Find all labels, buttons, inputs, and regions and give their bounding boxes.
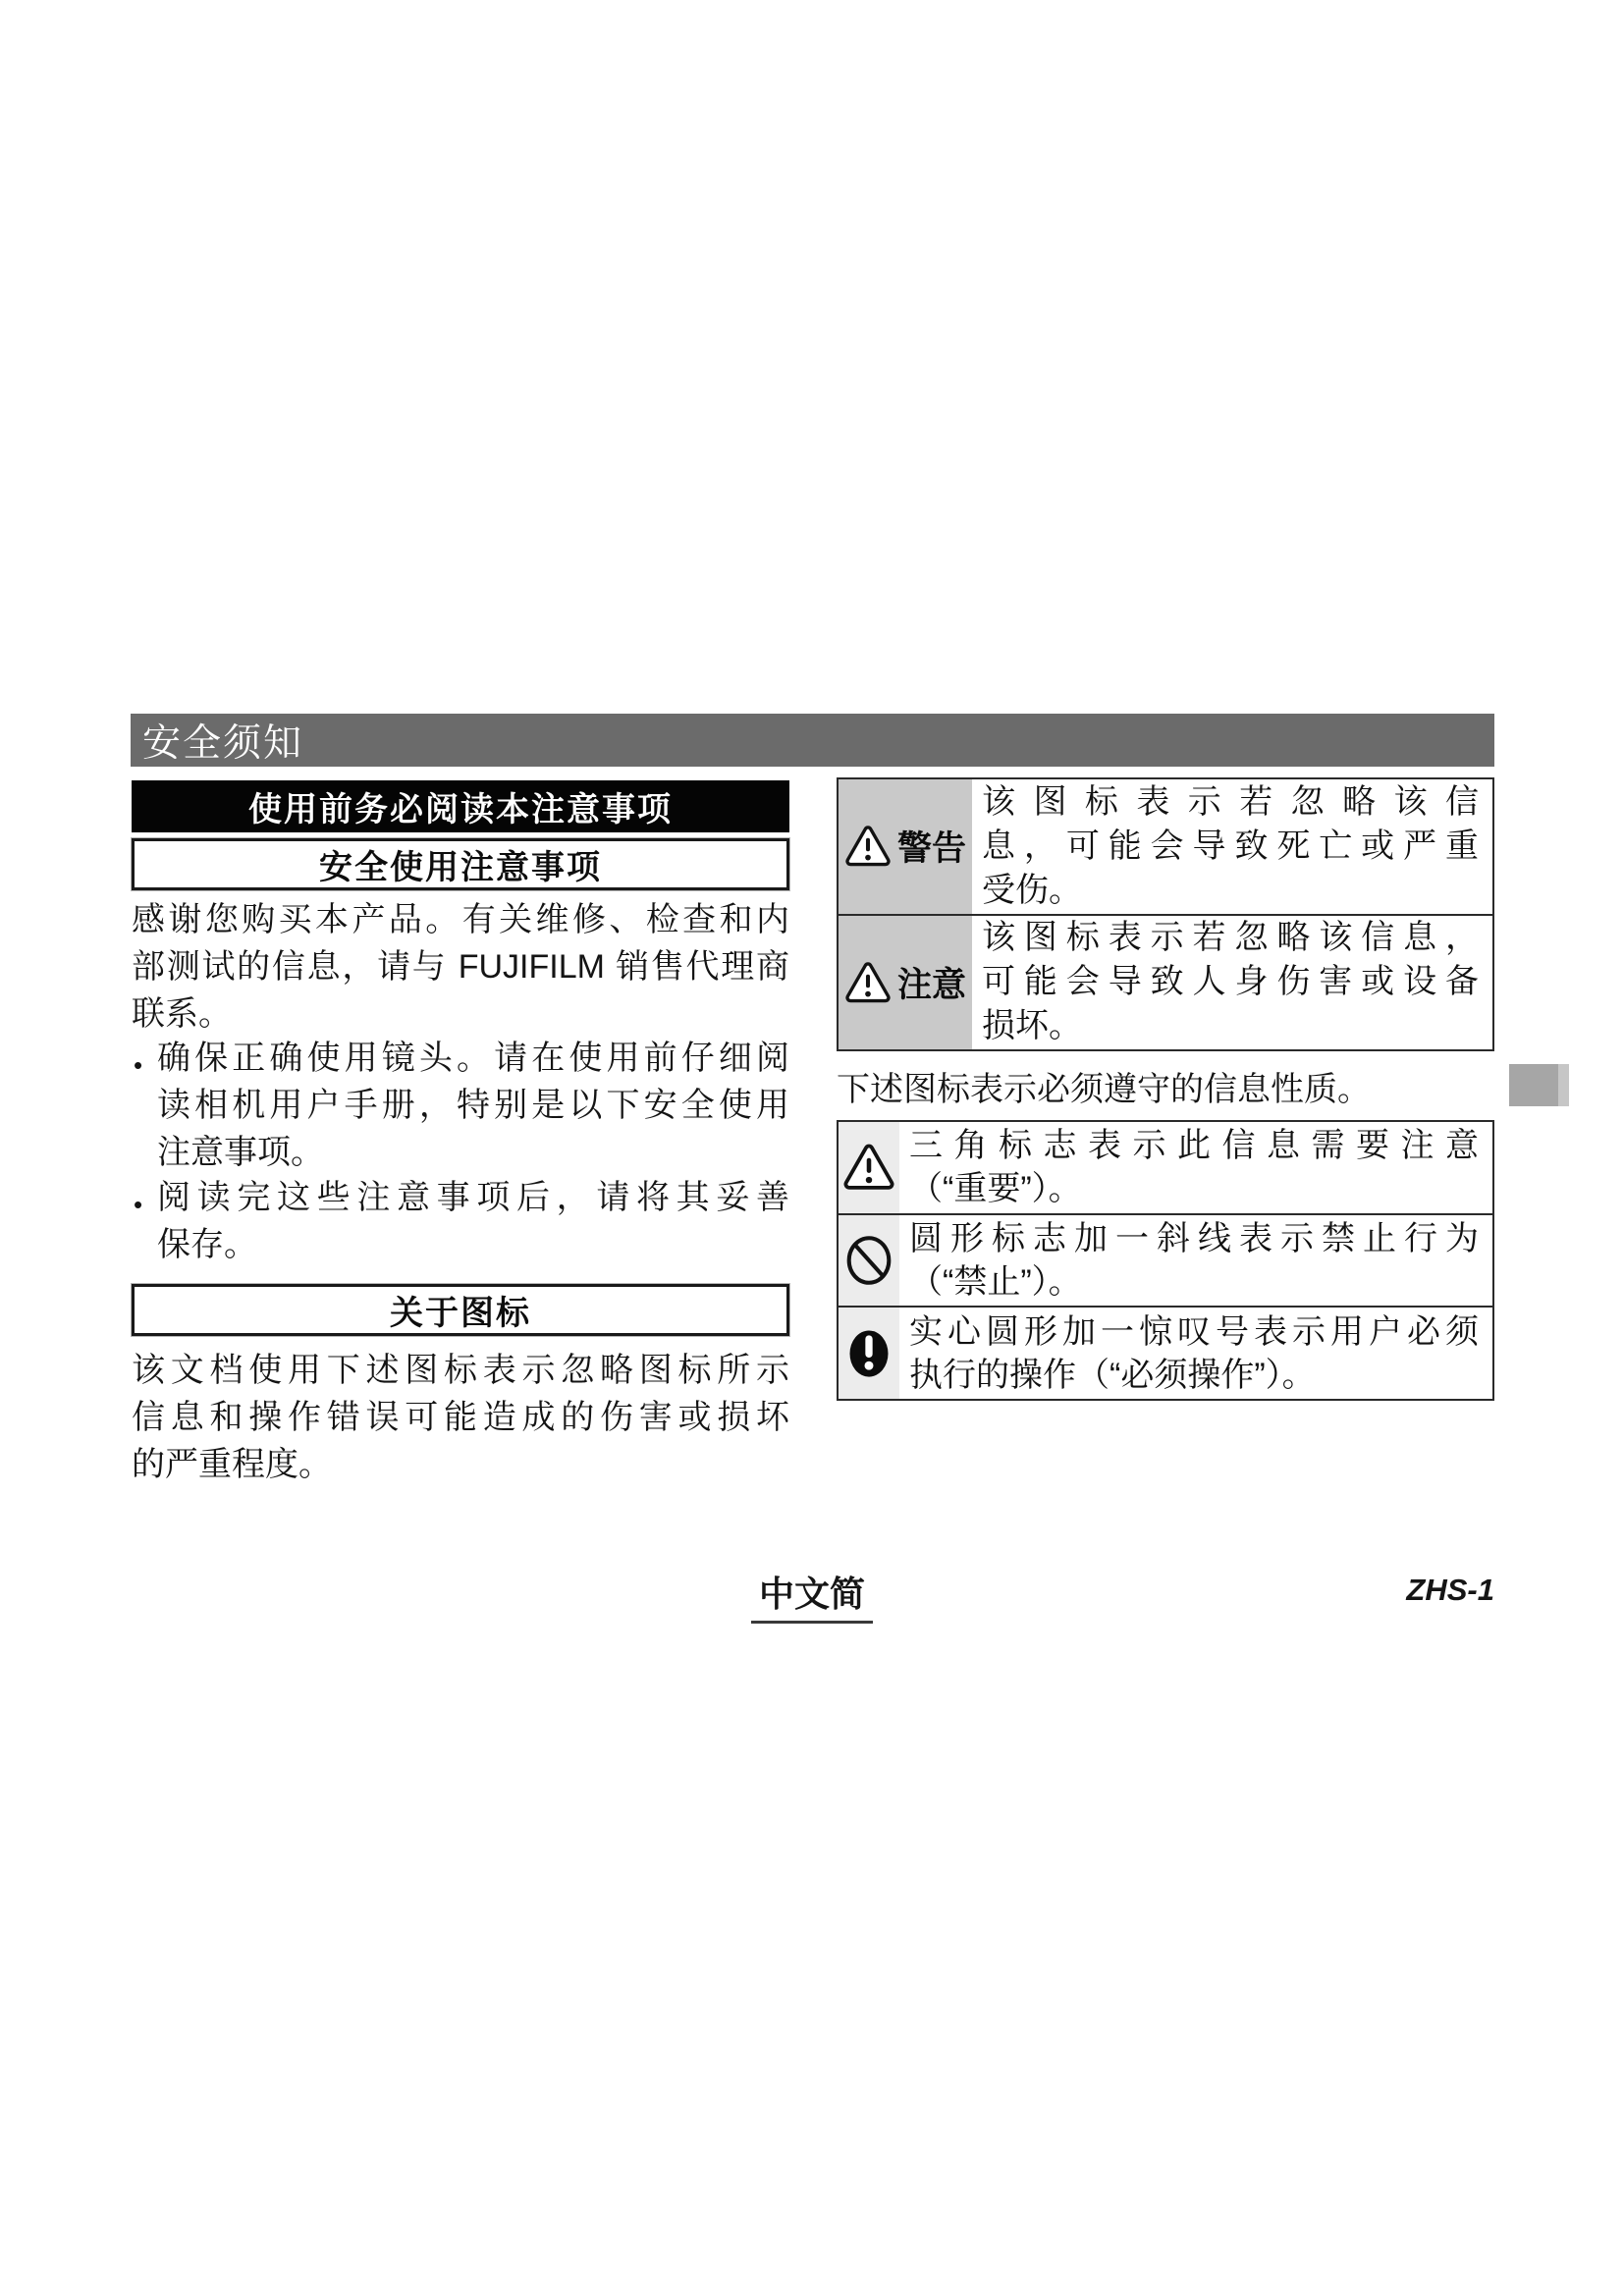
table-row: 三角标志表示此信息需要注意（“重要”）。 [839, 1122, 1492, 1213]
warning-icon-cell: 警告 [839, 779, 972, 914]
bullet-icon: • [134, 1041, 142, 1089]
table-row: 警告 该图标表示若忽略该信息，可能会导致死亡或严重受伤。 [839, 779, 1492, 914]
glyph-description: 三角标志表示此信息需要注意（“重要”）。 [899, 1122, 1492, 1213]
glyph-table-intro: 下述图标表示必须遵守的信息性质。 [837, 1070, 1504, 1109]
glyph-description: 圆形标志加一斜线表示禁止行为（“禁止”）。 [899, 1215, 1492, 1307]
footer-language-label: 中文简 [751, 1567, 873, 1624]
list-item: • 确保正确使用镜头。请在使用前仔细阅读相机用户手册，特别是以下安全使用注意事项… [132, 1035, 789, 1176]
about-icons-title: 关于图标 [390, 1286, 531, 1334]
prohibited-icon-cell [839, 1215, 899, 1307]
list-item-text: 阅读完这些注意事项后，请将其妥善保存。 [157, 1174, 789, 1268]
list-item: • 阅读完这些注意事项后，请将其妥善保存。 [132, 1174, 789, 1268]
bullet-icon: • [134, 1181, 142, 1228]
about-icons-box: 关于图标 [132, 1284, 789, 1336]
warning-triangle-icon [844, 825, 892, 868]
read-before-use-header: 使用前务必阅读本注意事项 [132, 780, 789, 832]
no-circle-slash-icon [843, 1233, 894, 1288]
section-title: 安全须知 [142, 713, 303, 768]
read-before-use-label: 使用前务必阅读本注意事项 [248, 782, 673, 830]
caution-icon-cell: 注意 [839, 916, 972, 1050]
severity-description: 该图标表示若忽略该信息，可能会导致死亡或严重受伤。 [972, 779, 1492, 914]
page-edge-tab [1509, 1064, 1569, 1106]
section-title-bar: 安全须知 [131, 714, 1494, 767]
glyph-description: 实心圆形加一惊叹号表示用户必须执行的操作（“必须操作”）。 [899, 1308, 1492, 1399]
warning-triangle-icon [844, 961, 892, 1004]
table-row: 实心圆形加一惊叹号表示用户必须执行的操作（“必须操作”）。 [839, 1306, 1492, 1399]
severity-label: 警告 [897, 822, 966, 871]
safety-precautions-title: 安全使用注意事项 [319, 840, 602, 888]
mandatory-icon-cell [839, 1308, 899, 1399]
severity-table: 警告 该图标表示若忽略该信息，可能会导致死亡或严重受伤。 注意 该图标表示若忽略… [837, 777, 1494, 1051]
severity-description: 该图标表示若忽略该信息，可能会导致人身伤害或设备损坏。 [972, 916, 1492, 1050]
about-icons-paragraph: 该文档使用下述图标表示忽略图标所示信息和操作错误可能造成的伤害或损坏的严重程度。 [132, 1347, 789, 1488]
list-item-text: 确保正确使用镜头。请在使用前仔细阅读相机用户手册，特别是以下安全使用注意事项。 [157, 1035, 789, 1176]
mandatory-filled-circle-icon [843, 1325, 894, 1382]
intro-paragraph: 感谢您购买本产品。有关维修、检查和内部测试的信息，请与 FUJIFILM 销售代… [132, 896, 789, 1038]
manual-page: 安全须知 使用前务必阅读本注意事项 安全使用注意事项 感谢您购买本产品。有关维修… [0, 0, 1624, 2296]
footer-page-number: ZHS-1 [1406, 1573, 1494, 1608]
table-row: 注意 该图标表示若忽略该信息，可能会导致人身伤害或设备损坏。 [839, 914, 1492, 1050]
severity-label: 注意 [897, 958, 966, 1007]
warning-triangle-icon [842, 1143, 895, 1192]
safety-precautions-box: 安全使用注意事项 [132, 838, 789, 890]
glyph-table: 三角标志表示此信息需要注意（“重要”）。 圆形标志加一斜线表示禁止行为（“禁止”… [837, 1120, 1494, 1401]
table-row: 圆形标志加一斜线表示禁止行为（“禁止”）。 [839, 1213, 1492, 1307]
attention-icon-cell [839, 1122, 899, 1213]
